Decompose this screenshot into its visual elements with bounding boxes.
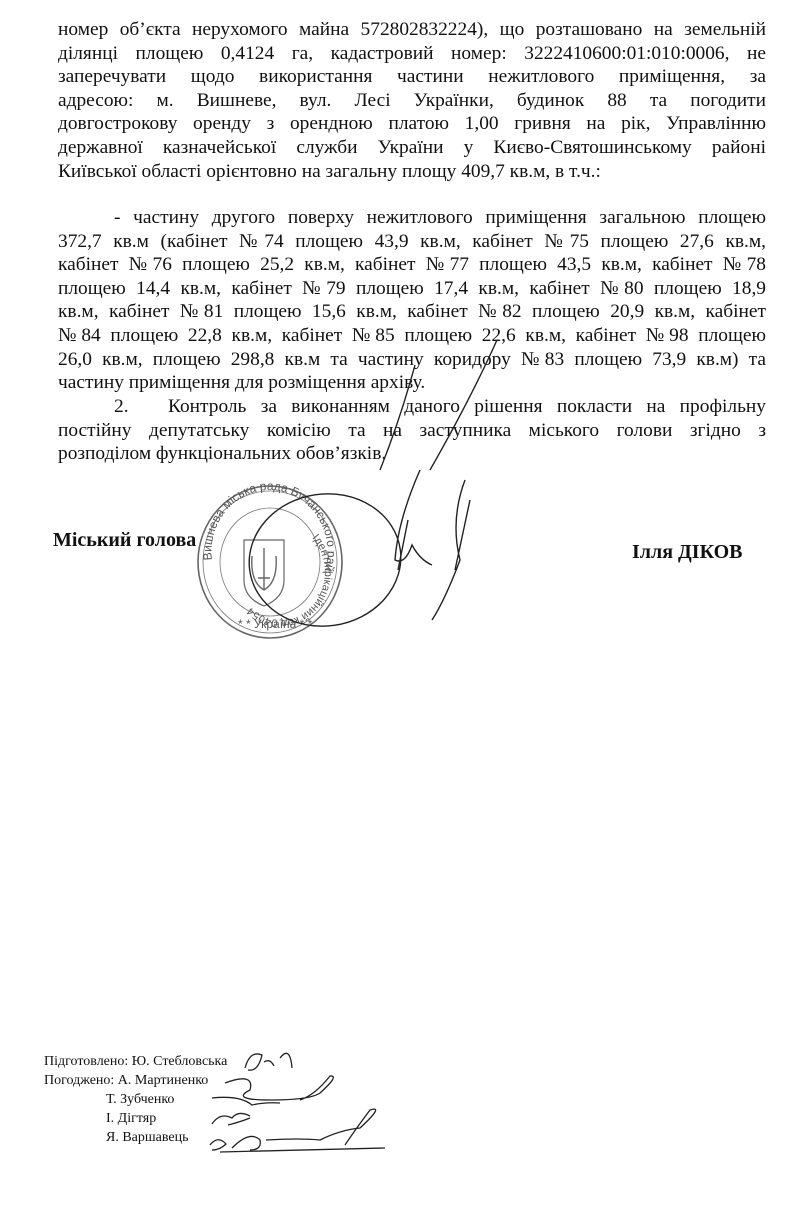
text-line: кабінет №76 площею 25,2 кв.м, кабінет №7… — [58, 253, 766, 277]
text-line: кв.м, кабінет №81 площею 15,6 кв.м, кабі… — [58, 300, 766, 324]
text-line: частину приміщення для розміщення архіву… — [58, 371, 766, 395]
approval-signatures — [210, 1053, 385, 1152]
text-line: державної казначейської служби України у… — [58, 136, 766, 160]
text-line: Київської області орієнтовно на загальну… — [58, 160, 766, 184]
text-line: постійну депутатську комісію та на засту… — [58, 419, 766, 443]
paragraph-1: номер об’єкта нерухомого майна 572802832… — [58, 18, 766, 183]
prepared-by: Підготовлено: Ю. Стебловська — [44, 1052, 227, 1071]
text-line: ділянці площею 0,4124 га, кадастровий но… — [58, 42, 766, 66]
approver: Я. Варшавець — [44, 1128, 227, 1147]
premises-list: - частину другого поверху нежитлового пр… — [58, 206, 766, 395]
text-line: 372,7 кв.м (кабінет №74 площею 43,9 кв.м… — [58, 230, 766, 254]
item-number: 2. — [58, 395, 168, 419]
text-line: - частину другого поверху нежитлового пр… — [58, 206, 766, 230]
text-line: адресою: м. Вишневе, вул. Лесі Українки,… — [58, 89, 766, 113]
text-line: заперечувати щодо використання частини н… — [58, 65, 766, 89]
item-2: 2.Контроль за виконанням даного рішення … — [58, 395, 766, 466]
signatory-position: Міський голова — [53, 529, 196, 552]
stamp-bottom-text: * * Україна * * — [238, 617, 313, 631]
text-line: №84 площею 22,8 кв.м, кабінет №85 площею… — [58, 324, 766, 348]
text-line: площею 14,4 кв.м, кабінет №79 площею 17,… — [58, 277, 766, 301]
agreed-by: Погоджено: А. Мартиненко — [44, 1071, 227, 1090]
text-line: 26,0 кв.м, площею 298,8 кв.м та частину … — [58, 348, 766, 372]
text-line: довгострокову оренду з орендною платою 1… — [58, 112, 766, 136]
item-2-first-line: 2.Контроль за виконанням даного рішення … — [58, 395, 766, 419]
approver: Т. Зубченко — [44, 1090, 227, 1109]
text-line: Контроль за виконанням даного рішення по… — [168, 396, 766, 417]
text-line: номер об’єкта нерухомого майна 572802832… — [58, 18, 766, 42]
trident-icon — [244, 540, 284, 606]
text-line: розподілом функціональних обов’язків. — [58, 442, 766, 466]
approval-block: Підготовлено: Ю. Стебловська Погоджено: … — [44, 1052, 227, 1147]
approver: І. Дігтяр — [44, 1109, 227, 1128]
signatory-name: Ілля ДІКОВ — [632, 541, 743, 564]
